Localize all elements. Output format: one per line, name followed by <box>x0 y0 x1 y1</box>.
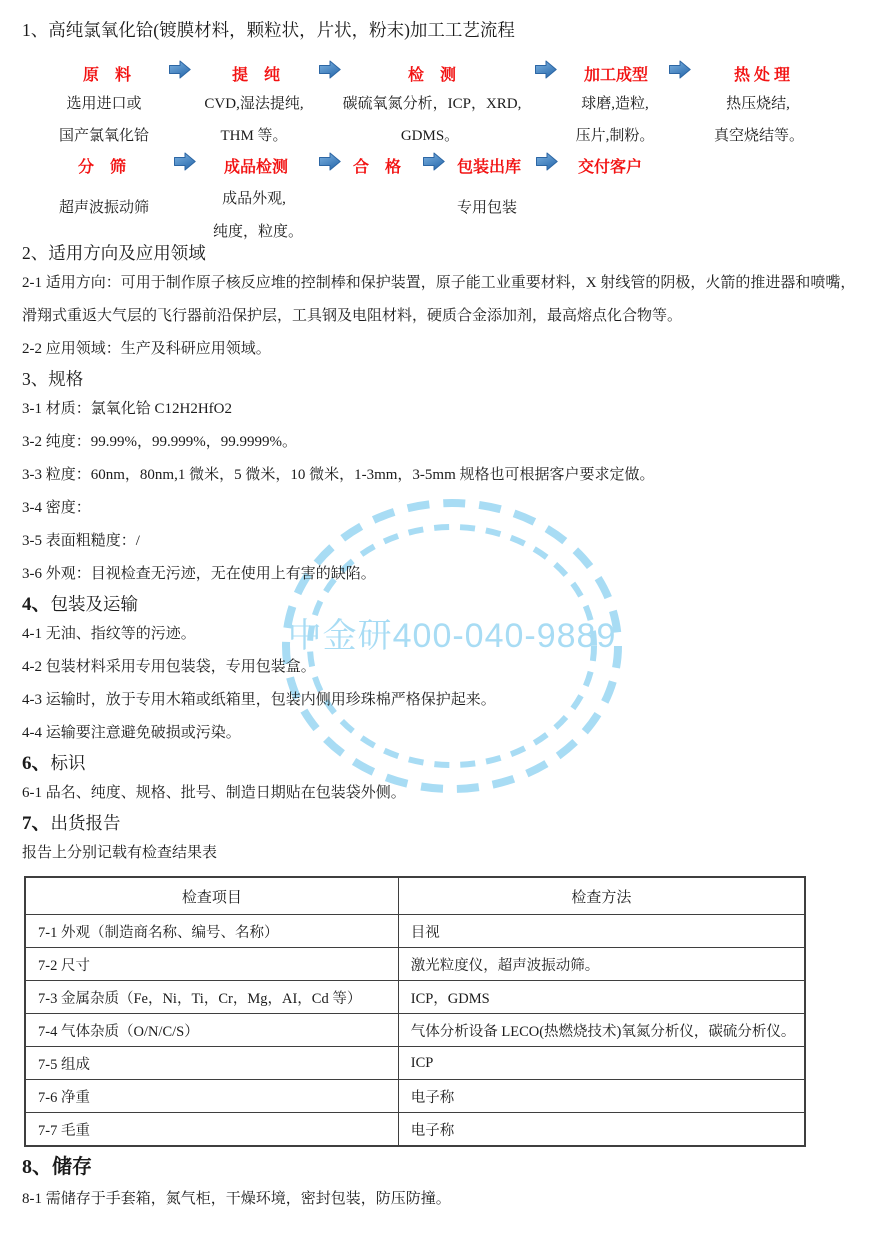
section-title: 包装及运输 <box>51 594 139 614</box>
table-row: 7-2 尺寸 激光粒度仪，超声波振动筛。 <box>25 948 805 981</box>
flow-step-heat-treatment: 热 处 理 <box>734 62 790 85</box>
table-cell-method: 目视 <box>398 915 805 948</box>
paragraph-2-2: 2-2 应用领域：生产及科研应用领域。 <box>22 333 868 366</box>
flow-step-raw-material: 原 料 <box>83 62 131 85</box>
flow-step-final-inspection: 成品检测 <box>224 154 288 177</box>
section-title: 规格 <box>48 369 83 389</box>
flow-step-forming: 加工成型 <box>584 62 648 85</box>
section-title: 储存 <box>52 1156 92 1178</box>
table-cell-item: 7-7 毛重 <box>25 1113 398 1147</box>
flow-step-sieving: 分 筛 <box>78 154 126 177</box>
section-number: 6、 <box>22 753 51 774</box>
flow-arrow-icon <box>319 152 341 171</box>
table-header-item: 检查项目 <box>25 877 398 915</box>
table-cell-method: 电子称 <box>398 1080 805 1113</box>
flow-note: 超声波振动筛 <box>59 196 149 217</box>
inspection-table: 检查项目 检查方法 7-1 外观（制造商名称、编号、名称） 目视 7-2 尺寸 … <box>24 876 806 1147</box>
table-cell-item: 7-5 组成 <box>25 1047 398 1080</box>
paragraph-7-intro: 报告上分别记载有检查结果表 <box>22 837 868 870</box>
section1-title: 1、高纯氯氧化铪(镀膜材料，颗粒状，片状，粉末)加工工艺流程 <box>22 16 868 44</box>
section3-heading: 3、规格 <box>22 366 868 393</box>
section-number: 7、 <box>22 813 51 834</box>
table-cell-item: 7-6 净重 <box>25 1080 398 1113</box>
flow-step-delivery: 交付客户 <box>578 154 642 177</box>
paragraph-3-5: 3-5 表面粗糙度：/ <box>22 525 868 558</box>
flow-note: THM 等。 <box>220 124 287 145</box>
flow-arrow-icon <box>169 60 191 79</box>
table-cell-method: 电子称 <box>398 1113 805 1147</box>
flow-step-inspection: 检 测 <box>408 62 456 85</box>
flow-step-purification: 提 纯 <box>232 62 280 85</box>
flow-note: 热压烧结, <box>726 92 790 113</box>
paragraph-4-1: 4-1 无油、指纹等的污迹。 <box>22 618 868 651</box>
process-flowchart: 原 料 提 纯 检 测 加工成型 热 处 理 选用进口或 CVD,湿法提纯, 碳… <box>22 44 868 240</box>
section4-heading: 4、包装及运输 <box>22 591 868 618</box>
paragraph-4-4: 4-4 运输要注意避免破损或污染。 <box>22 717 868 750</box>
flow-step-qualified: 合 格 <box>353 154 401 177</box>
table-header-row: 检查项目 检查方法 <box>25 877 805 915</box>
paragraph-3-4: 3-4 密度： <box>22 492 868 525</box>
flow-arrow-icon <box>319 60 341 79</box>
section7-heading: 7、出货报告 <box>22 810 868 837</box>
flow-arrow-icon <box>174 152 196 171</box>
table-cell-item: 7-3 金属杂质（Fe，Ni，Ti，Cr，Mg，AI，Cd 等） <box>25 981 398 1014</box>
flow-note: 国产氯氧化铪 <box>59 124 149 145</box>
table-header-method: 检查方法 <box>398 877 805 915</box>
flow-note: GDMS。 <box>401 124 459 145</box>
flow-note: 球磨,造粒, <box>581 92 649 113</box>
flow-arrow-icon <box>669 60 691 79</box>
section-number: 8、 <box>22 1156 52 1178</box>
table-cell-item: 7-4 气体杂质（O/N/C/S） <box>25 1014 398 1047</box>
paragraph-3-1: 3-1 材质：氯氧化铪 C12H2HfO2 <box>22 393 868 426</box>
table-cell-method: 激光粒度仪，超声波振动筛。 <box>398 948 805 981</box>
paragraph-8-1: 8-1 需储存于手套箱，氮气柜，干燥环境，密封包装，防压防撞。 <box>22 1183 868 1216</box>
section-number: 4、 <box>22 594 51 615</box>
table-row: 7-7 毛重 电子称 <box>25 1113 805 1147</box>
flow-arrow-icon <box>423 152 445 171</box>
table-cell-method: ICP，GDMS <box>398 981 805 1014</box>
section-title: 标识 <box>51 753 86 773</box>
document-page: 中金研400-040-9889 1、高纯氯氧化铪(镀膜材料，颗粒状，片状，粉末)… <box>0 0 890 1258</box>
flow-arrow-icon <box>535 60 557 79</box>
flow-note: 专用包装 <box>457 196 517 217</box>
flow-note: 真空烧结等。 <box>714 124 804 145</box>
flow-note: 成品外观, <box>222 187 286 208</box>
paragraph-4-2: 4-2 包装材料采用专用包装袋，专用包装盒。 <box>22 651 868 684</box>
section8-heading: 8、储存 <box>22 1151 868 1183</box>
section6-heading: 6、标识 <box>22 750 868 777</box>
section-number: 3、 <box>22 369 48 389</box>
flow-note: 选用进口或 <box>66 92 141 113</box>
table-cell-method: ICP <box>398 1047 805 1080</box>
section-title: 出货报告 <box>51 813 121 833</box>
table-row: 7-5 组成 ICP <box>25 1047 805 1080</box>
section-number: 2、 <box>22 243 48 263</box>
table-row: 7-3 金属杂质（Fe，Ni，Ti，Cr，Mg，AI，Cd 等） ICP，GDM… <box>25 981 805 1014</box>
paragraph-3-2: 3-2 纯度：99.99%，99.999%，99.9999%。 <box>22 426 868 459</box>
section2-heading: 2、适用方向及应用领域 <box>22 240 868 267</box>
flow-note: 纯度，粒度。 <box>213 220 303 241</box>
flow-note: 碳硫氧氮分析，ICP，XRD, <box>343 92 522 113</box>
table-row: 7-6 净重 电子称 <box>25 1080 805 1113</box>
paragraph-6-1: 6-1 品名、纯度、规格、批号、制造日期贴在包装袋外侧。 <box>22 777 868 810</box>
table-cell-method: 气体分析设备 LECO(热燃烧技术)氧氮分析仪，碳硫分析仪。 <box>398 1014 805 1047</box>
flow-note: 压片,制粉。 <box>576 124 655 145</box>
flow-arrow-icon <box>536 152 558 171</box>
paragraph-3-3: 3-3 粒度：60nm，80nm,1 微米，5 微米，10 微米，1-3mm，3… <box>22 459 868 492</box>
paragraph-4-3: 4-3 运输时，放于专用木箱或纸箱里，包装内侧用珍珠棉严格保护起来。 <box>22 684 868 717</box>
table-cell-item: 7-2 尺寸 <box>25 948 398 981</box>
table-row: 7-1 外观（制造商名称、编号、名称） 目视 <box>25 915 805 948</box>
flow-note: CVD,湿法提纯, <box>204 92 303 113</box>
section-title: 适用方向及应用领域 <box>48 243 206 263</box>
paragraph-3-6: 3-6 外观：目视检查无污迹，无在使用上有害的缺陷。 <box>22 558 868 591</box>
table-row: 7-4 气体杂质（O/N/C/S） 气体分析设备 LECO(热燃烧技术)氧氮分析… <box>25 1014 805 1047</box>
paragraph-2-1: 2-1 适用方向：可用于制作原子核反应堆的控制棒和保护装置，原子能工业重要材料，… <box>22 267 868 333</box>
flow-step-packing-out: 包装出库 <box>457 154 521 177</box>
table-cell-item: 7-1 外观（制造商名称、编号、名称） <box>25 915 398 948</box>
